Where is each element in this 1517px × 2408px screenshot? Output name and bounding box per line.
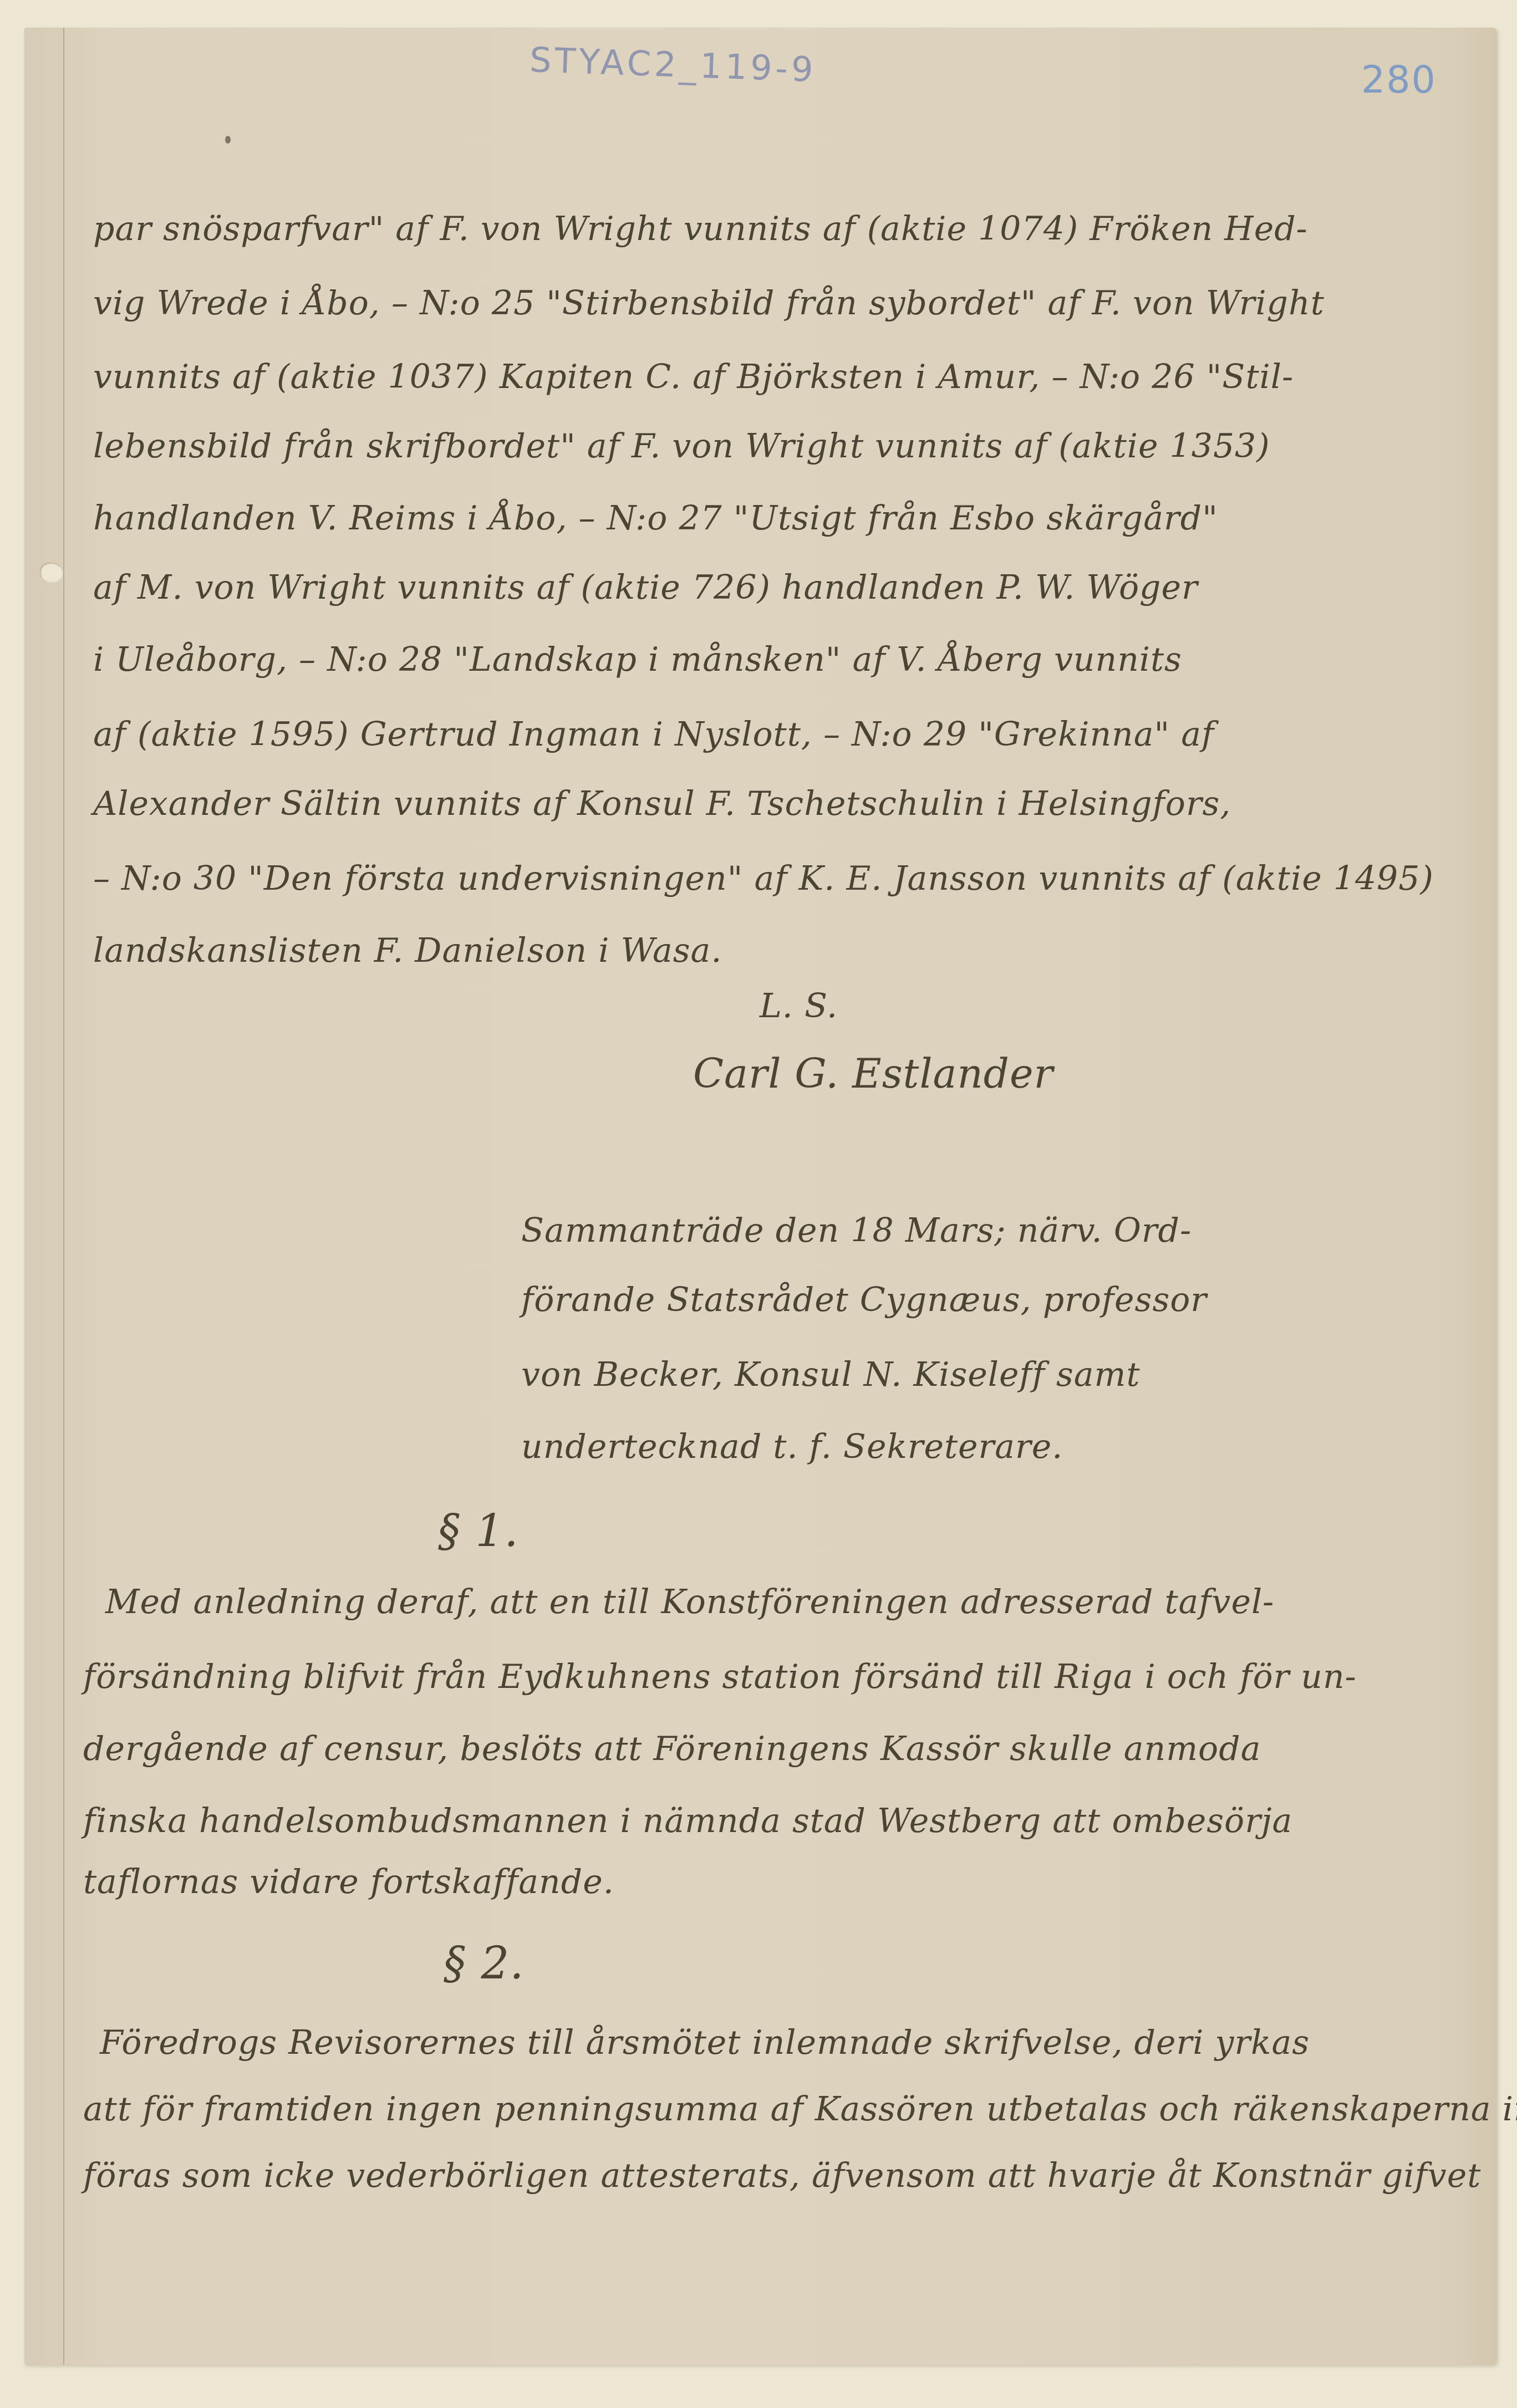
punch-hole xyxy=(40,563,63,583)
meeting-header-line: Sammanträde den 18 Mars; närv. Ord- xyxy=(521,1211,1192,1250)
text-line: taflornas vidare fortskaffande. xyxy=(83,1863,614,1901)
section-heading: § 2. xyxy=(444,1937,525,1989)
meeting-header-line: von Becker, Konsul N. Kiseleff samt xyxy=(521,1355,1141,1394)
text-line: Alexander Sältin vunnits af Konsul F. Ts… xyxy=(93,784,1124,823)
text-line: Föredrogs Revisorernes till årsmötet inl… xyxy=(100,2023,1131,2062)
text-line: landskanslisten F. Danielson i Wasa. xyxy=(93,931,722,970)
text-line: lebensbild från skrifbordet" af F. von W… xyxy=(93,427,1124,466)
text-line: föras som icke vederbörligen attesterats… xyxy=(83,2156,1114,2195)
seal-mark: L. S. xyxy=(760,987,838,1026)
text-line: vunnits af (aktie 1037) Kapiten C. af Bj… xyxy=(93,358,1124,396)
text-line: dergående af censur, beslöts att Förenin… xyxy=(83,1730,1114,1768)
text-line: Med anledning deraf, att en till Konstfö… xyxy=(105,1583,1137,1621)
text-line: – N:o 30 "Den första undervisningen" af … xyxy=(93,859,1124,898)
binding-fold-line xyxy=(63,28,64,2365)
meeting-header-line: undertecknad t. f. Sekreterare. xyxy=(521,1427,1063,1466)
text-line: försändning blifvit från Eydkuhnens stat… xyxy=(83,1657,1114,1696)
folio-number: 280 xyxy=(1361,58,1437,102)
text-line: handlanden V. Reims i Åbo, – N:o 27 "Uts… xyxy=(93,499,1124,538)
text-line: par snösparfvar" af F. von Wright vunnit… xyxy=(93,210,1124,248)
signature: Carl G. Estlander xyxy=(693,1050,1053,1097)
text-line: att för framtiden ingen penningsumma af … xyxy=(83,2090,1114,2129)
text-line: i Uleåborg, – N:o 28 "Landskap i månsken… xyxy=(93,640,1124,679)
text-line: af M. von Wright vunnits af (aktie 726) … xyxy=(93,568,1124,607)
section-heading: § 1. xyxy=(438,1505,519,1557)
ink-speck xyxy=(225,136,231,144)
text-line: finska handelsombudsmannen i nämnda stad… xyxy=(83,1802,1114,1840)
text-line: af (aktie 1595) Gertrud Ingman i Nyslott… xyxy=(93,715,1124,754)
meeting-header-line: förande Statsrådet Cygnæus, professor xyxy=(521,1280,1207,1319)
text-line: vig Wrede i Åbo, – N:o 25 "Stirbensbild … xyxy=(93,284,1124,323)
